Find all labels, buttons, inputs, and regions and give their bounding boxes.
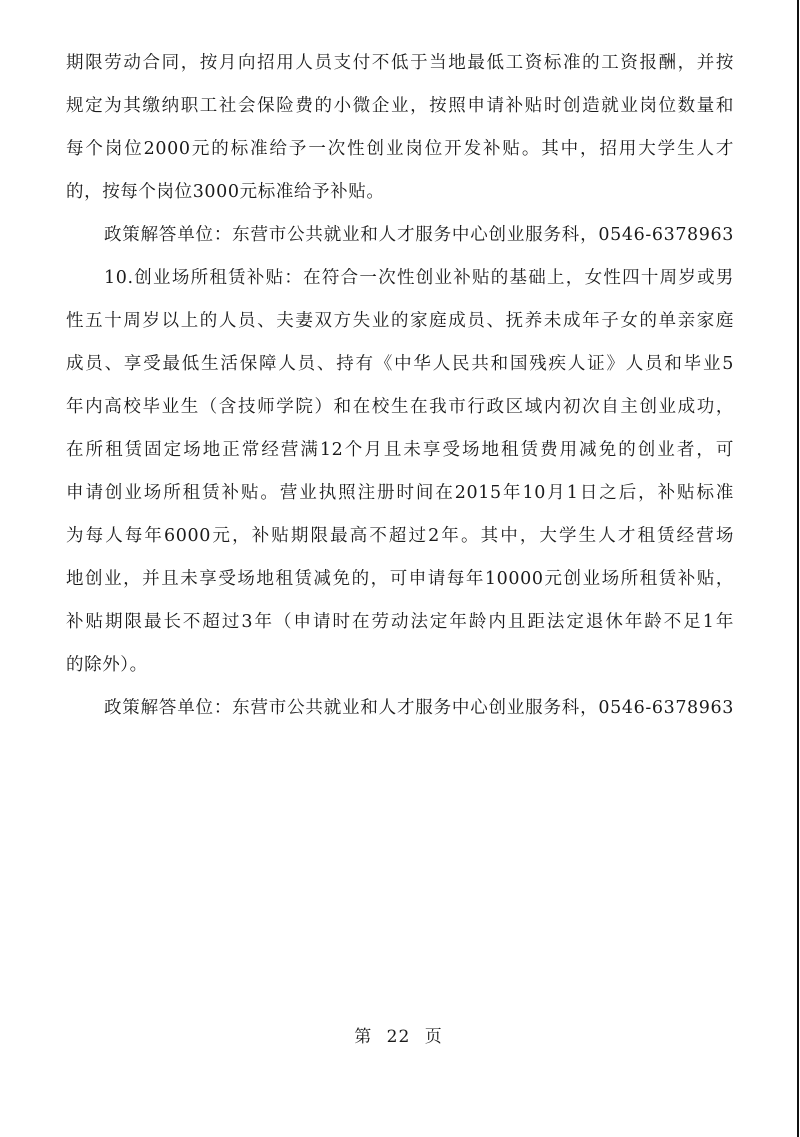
text-line-14: 补贴期限最长不超过3年（申请时在劳动法定年龄内且距法定退休年龄不足1年 [66, 611, 734, 633]
page-prefix: 第 [354, 1027, 372, 1047]
text-line-7: 性五十周岁以上的人员、夫妻双方失业的家庭成员、抚养未成年子女的单亲家庭 [66, 310, 734, 332]
policy-contact-line-2: 政策解答单位：东营市公共就业和人才服务中心创业服务科，0546-6378963 [104, 697, 734, 719]
page-suffix: 页 [425, 1027, 443, 1047]
text-line-4: 的，按每个岗位3000元标准给予补贴。 [66, 181, 734, 203]
text-line-3: 每个岗位2000元的标准给予一次性创业岗位开发补贴。其中，招用大学生人才 [66, 138, 734, 160]
text-line-2: 规定为其缴纳职工社会保险费的小微企业，按照申请补贴时创造就业岗位数量和 [66, 95, 734, 117]
text-line-10: 在所租赁固定场地正常经营满12个月且未享受场地租赁费用减免的创业者，可 [66, 439, 734, 461]
document-page: 期限劳动合同，按月向招用人员支付不低于当地最低工资标准的工资报酬，并按 规定为其… [0, 0, 799, 1137]
section-10-heading-line: 10.创业场所租赁补贴：在符合一次性创业补贴的基础上，女性四十周岁或男 [104, 267, 734, 289]
text-line-12: 为每人每年6000元，补贴期限最高不超过2年。其中，大学生人才租赁经营场 [66, 525, 734, 547]
text-line-15: 的除外）。 [66, 654, 734, 676]
page-number: 22 [387, 1027, 411, 1047]
policy-contact-line-1: 政策解答单位：东营市公共就业和人才服务中心创业服务科，0546-6378963 [104, 224, 734, 246]
text-line-8: 成员、享受最低生活保障人员、持有《中华人民共和国残疾人证》人员和毕业5 [66, 353, 734, 375]
text-line-11: 申请创业场所租赁补贴。营业执照注册时间在2015年10月1日之后，补贴标准 [66, 482, 734, 504]
text-line-1: 期限劳动合同，按月向招用人员支付不低于当地最低工资标准的工资报酬，并按 [66, 52, 734, 74]
page-footer: 第 22 页 [0, 1022, 797, 1047]
text-line-13: 地创业，并且未享受场地租赁减免的，可申请每年10000元创业场所租赁补贴， [66, 568, 734, 590]
text-line-9: 年内高校毕业生（含技师学院）和在校生在我市行政区域内初次自主创业成功， [66, 396, 734, 418]
